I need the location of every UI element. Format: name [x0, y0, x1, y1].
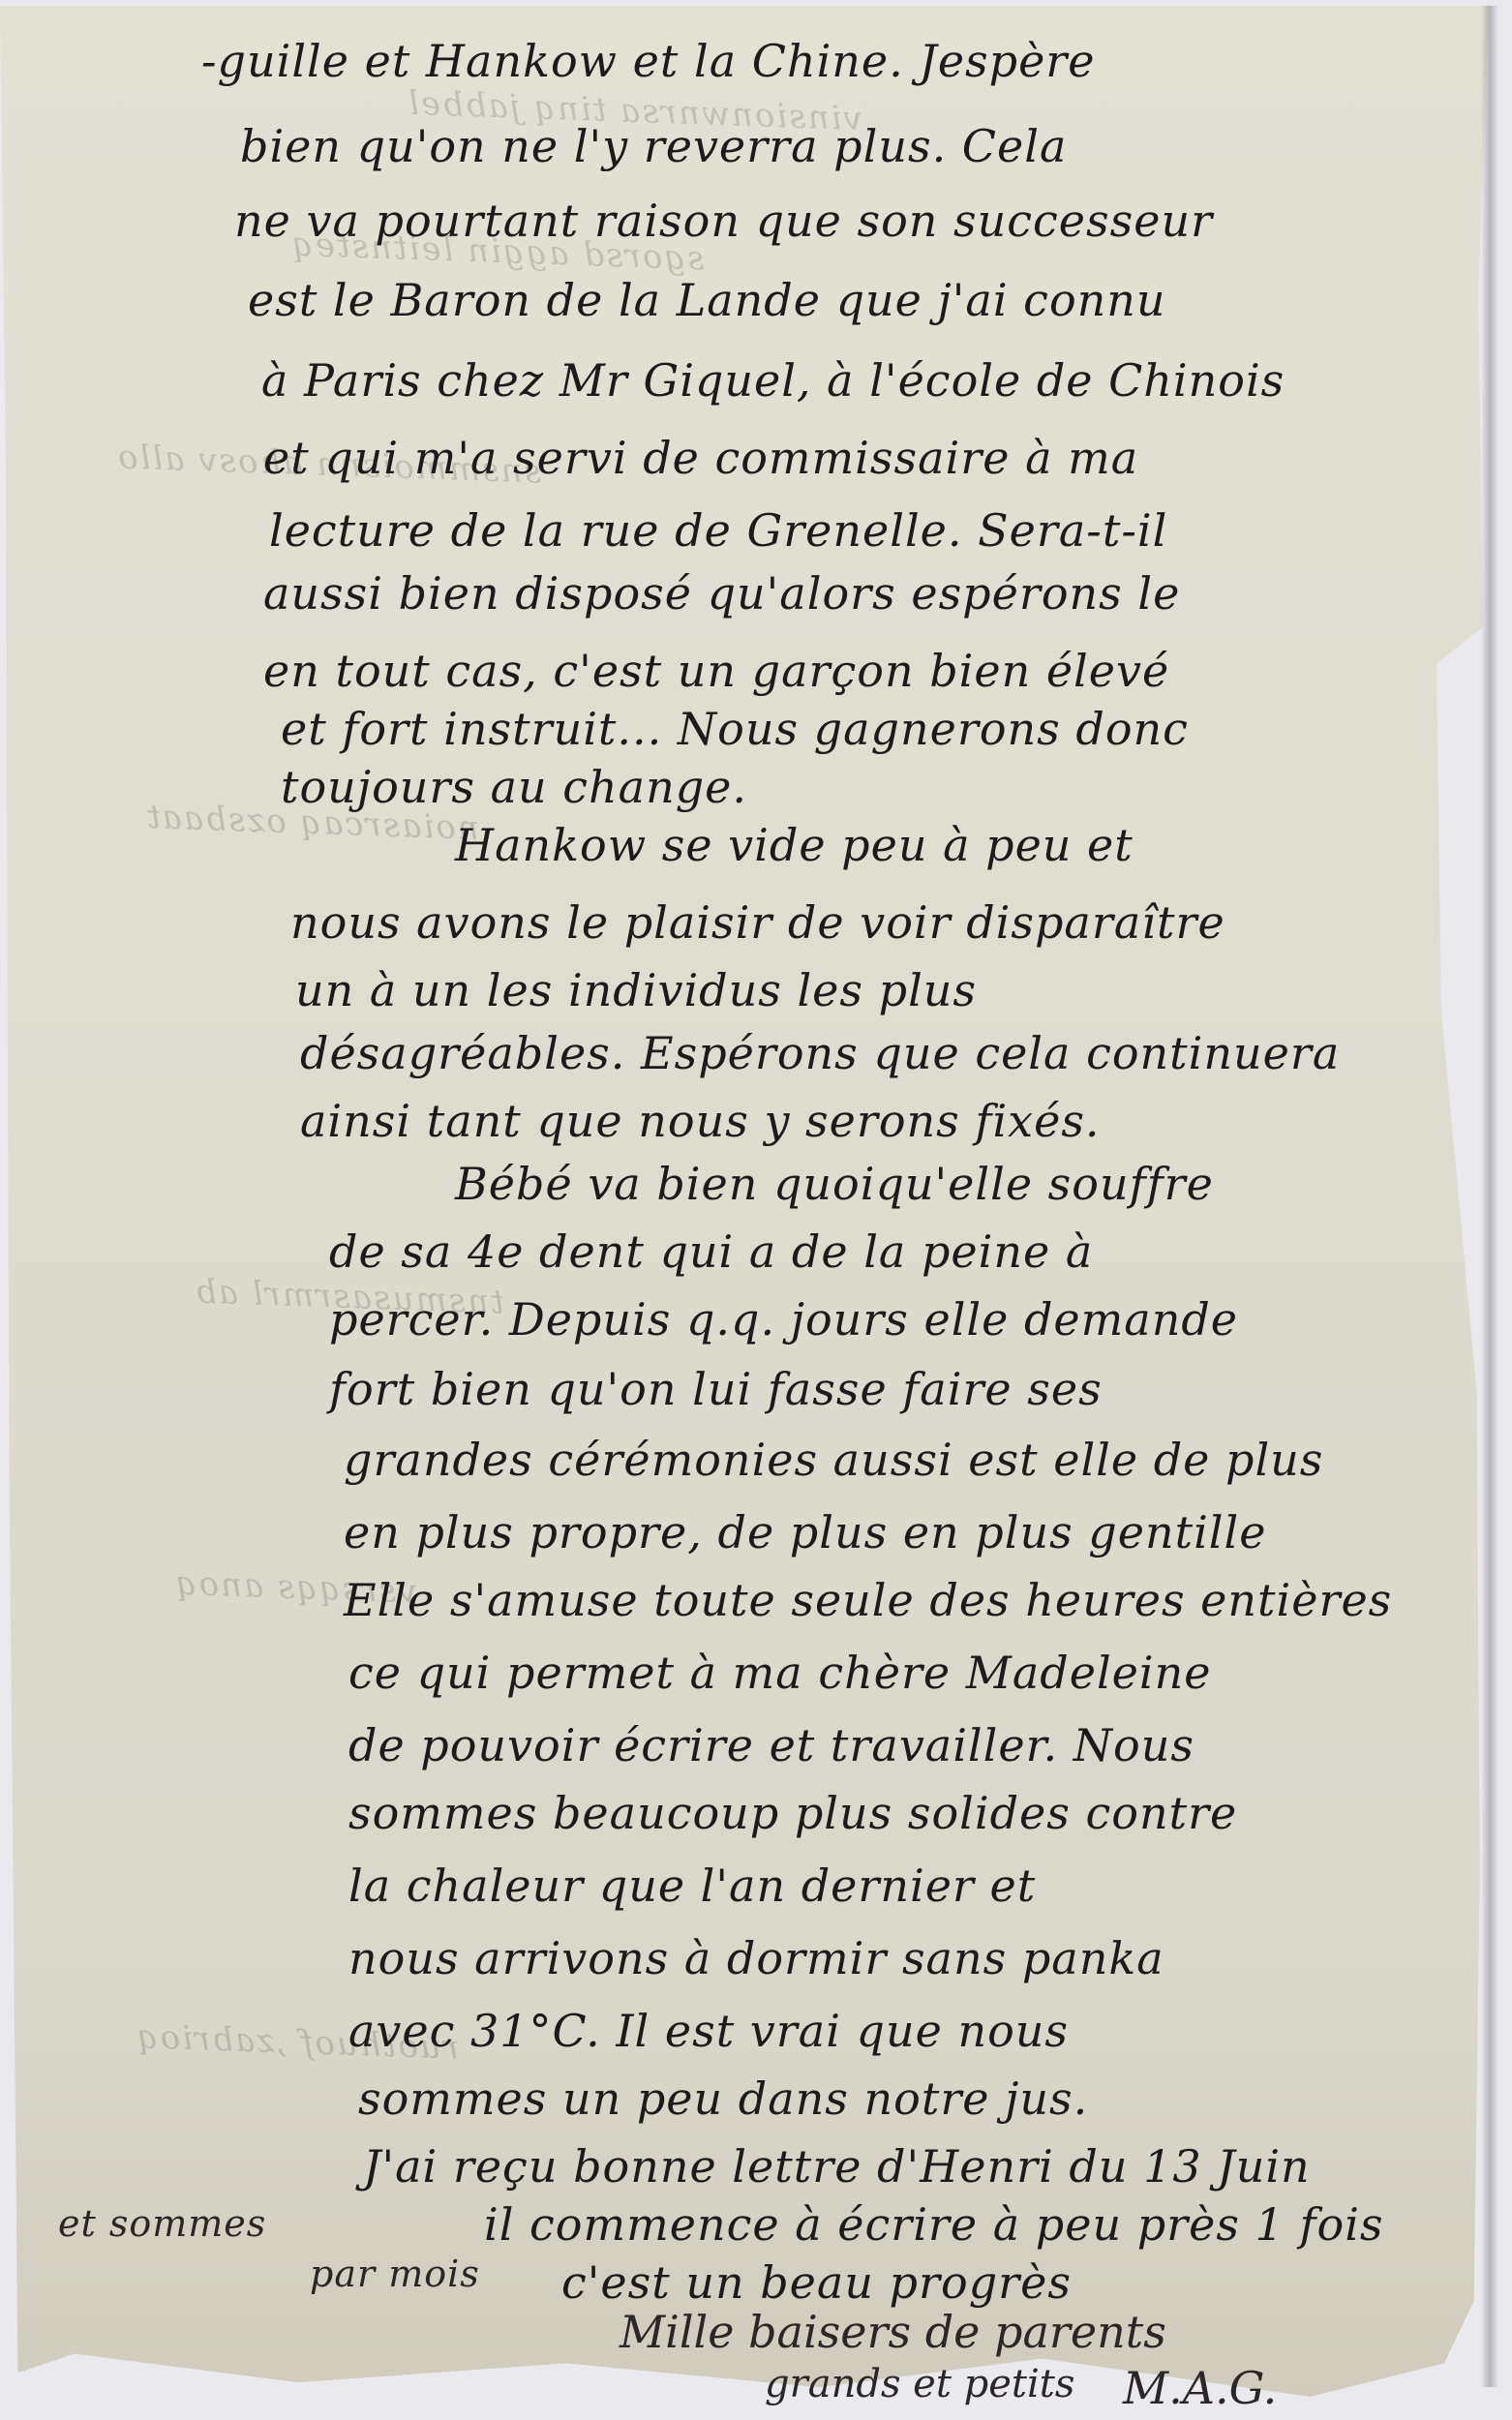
letter-line: bien qu'on ne l'y reverra plus. Cela [240, 124, 1067, 168]
letter-line: Bébé va bien quoiqu'elle souffre [455, 1162, 1214, 1206]
letter-line: avec 31°C. Il est vrai que nous [348, 2009, 1069, 2053]
letter-line: -guille et Hankow et la Chine. Jespère [201, 39, 1096, 83]
letter-line: un à un les individus les plus [295, 968, 977, 1013]
letter-line: Elle s'amuse toute seule des heures enti… [344, 1578, 1392, 1622]
letter-line: percer. Depuis q.q. jours elle demande [329, 1297, 1238, 1342]
letter-line: désagréables. Espérons que cela continue… [300, 1031, 1340, 1075]
closing-line-2: grands et petits [765, 2362, 1074, 2406]
letter-line: de pouvoir écrire et travailler. Nous [348, 1723, 1194, 1768]
letter-line: grandes cérémonies aussi est elle de plu… [344, 1437, 1323, 1482]
letter-line: Hankow se vide peu à peu et [455, 823, 1134, 867]
letter-line: toujours au change. [281, 765, 747, 809]
letter-line: J'ai reçu bonne lettre d'Henri du 13 Jui… [363, 2144, 1311, 2189]
letter-line: sommes beaucoup plus solides contre [348, 1791, 1237, 1835]
letter-line: ne va pourtant raison que son successeur [234, 198, 1213, 243]
letter-line: lecture de la rue de Grenelle. Sera-t-il [269, 508, 1167, 553]
letter-line: de sa 4e dent qui a de la peine à [329, 1229, 1093, 1274]
letter-line: aussi bien disposé qu'alors espérons le [263, 571, 1180, 616]
letter-line: nous arrivons à dormir sans panka [348, 1936, 1164, 1981]
letter-line: est le Baron de la Lande que j'ai connu [248, 278, 1166, 322]
letter-line: en tout cas, c'est un garçon bien élevé [263, 649, 1169, 693]
letter-line: et fort instruit... Nous gagnerons donc [281, 707, 1189, 751]
letter-line: ainsi tant que nous y serons fixés. [300, 1099, 1101, 1143]
letter-line: sommes un peu dans notre jus. [358, 2076, 1088, 2121]
letter-line: ce qui permet à ma chère Madeleine [348, 1650, 1211, 1695]
letter-line: il commence à écrire à peu près 1 fois [484, 2202, 1384, 2247]
margin-note: et sommes [58, 2205, 266, 2242]
letter-line: nous avons le plaisir de voir disparaîtr… [290, 900, 1225, 945]
letter-line: en plus propre, de plus en plus gentille [344, 1510, 1266, 1555]
closing-line-1: Mille baisers de parents [620, 2306, 1166, 2358]
letter-line: la chaleur que l'an dernier et [348, 1863, 1036, 1908]
signature-initials: M.A.G. [1123, 2362, 1277, 2414]
letter-line: et qui m'a servi de commissaire à ma [263, 436, 1138, 480]
letter-line: fort bien qu'on lui fasse faire ses [329, 1367, 1103, 1411]
letter-body: -guille et Hankow et la Chine. Jespèrebi… [0, 0, 1512, 2420]
letter-line: c'est un beau progrès [561, 2260, 1072, 2305]
margin-note: par mois [310, 2255, 480, 2292]
letter-line: à Paris chez Mr Giquel, à l'école de Chi… [261, 358, 1285, 403]
